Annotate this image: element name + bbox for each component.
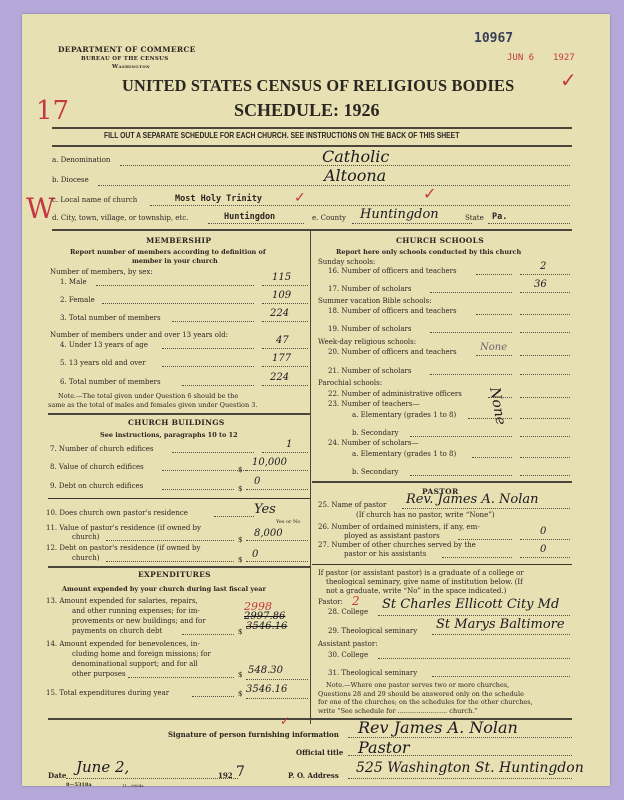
- seminary-label: 29. Theological seminary: [328, 627, 417, 635]
- county-field[interactable]: Huntingdon: [360, 207, 439, 222]
- q24a-label: a. Elementary (grades 1 to 8): [352, 450, 456, 458]
- residence-debt-label-cont: church): [72, 554, 99, 562]
- graduate-note: theological seminary, give name of insti…: [326, 578, 523, 586]
- po-address-field[interactable]: 525 Washington St. Huntingdon: [356, 760, 584, 776]
- under-13-label: 4. Under 13 years of age: [60, 341, 148, 349]
- q23-label: 23. Number of teachers—: [328, 400, 420, 408]
- dollar-sign: $: [238, 485, 242, 493]
- dollar-sign: $: [238, 556, 242, 564]
- q14-label: 14. Amount expended for benevolences, in…: [46, 640, 200, 648]
- female-count-field[interactable]: 109: [272, 290, 291, 301]
- document-title: UNITED STATES CENSUS OF RELIGIOUS BODIES: [122, 76, 514, 96]
- diocese-field[interactable]: Altoona: [324, 166, 386, 185]
- total-expenditures-field[interactable]: 3546.16: [246, 684, 287, 695]
- census-form-sheet: 10967 JUN 6 1927 ✓ DEPARTMENT OF COMMERC…: [22, 14, 610, 786]
- po-address-label: P. O. Address: [288, 771, 339, 780]
- residence-debt-field[interactable]: 0: [252, 549, 258, 560]
- q13-label: 13. Amount expended for salaries, repair…: [46, 597, 198, 605]
- assistant-college-label: 30. College: [328, 651, 368, 659]
- weekday-schools-label: Week-day religious schools:: [318, 338, 416, 346]
- pastor-note: Note.—Where one pastor serves two or mor…: [326, 681, 509, 689]
- yes-no-hint: Yes or No: [276, 519, 300, 525]
- pastor-college-field[interactable]: St Charles Ellicott City Md: [382, 597, 559, 612]
- q19-label: 19. Number of scholars: [328, 325, 411, 333]
- date-year-prefix: 192: [218, 771, 233, 780]
- total-members-by-age-field[interactable]: 224: [270, 372, 289, 383]
- edifices-count-field[interactable]: 1: [286, 439, 292, 450]
- q15-label: 15. Total expenditures during year: [46, 689, 169, 697]
- edifices-debt-label: 9. Debt on church edifices: [50, 482, 143, 490]
- expenditures-subheading: Amount expended by your church during la…: [62, 585, 266, 593]
- red-checkmark-icon: ✓: [560, 68, 577, 92]
- print-code: 8—5318a: [66, 782, 92, 788]
- red-checkmark-icon: ✓: [423, 184, 436, 203]
- q23b-label: b. Secondary: [352, 429, 398, 437]
- pastor-note: write “See schedule for ................…: [318, 707, 478, 715]
- q24b-label: b. Secondary: [352, 468, 398, 476]
- date-year-field[interactable]: 7: [236, 764, 245, 780]
- q17-field[interactable]: 36: [534, 279, 547, 290]
- q14-amount-field[interactable]: 548.30: [248, 665, 283, 676]
- state-label: State: [465, 214, 484, 222]
- membership-heading: MEMBERSHIP: [146, 236, 211, 245]
- red-checkmark-icon: ✓: [280, 714, 290, 728]
- q16-field[interactable]: 2: [540, 261, 546, 272]
- dollar-sign: $: [238, 536, 242, 544]
- other-churches-field[interactable]: 0: [540, 544, 546, 555]
- other-churches-label-cont: pastor or his assistants: [344, 550, 426, 558]
- q18-label: 18. Number of officers and teachers: [328, 307, 457, 315]
- q21-label: 21. Number of scholars: [328, 367, 411, 375]
- q13-label-cont: payments on church debt: [72, 627, 162, 635]
- membership-note: Note.—The total given under Question 6 s…: [58, 392, 238, 400]
- residence-debt-label: 12. Debt on pastor's residence (if owned…: [46, 544, 200, 552]
- q24-label: 24. Number of scholars—: [328, 439, 418, 447]
- diocese-label: b. Diocese: [52, 176, 89, 184]
- date-label: Date: [48, 771, 66, 780]
- owns-residence-field[interactable]: Yes: [254, 502, 276, 517]
- graduate-note: If pastor (or assistant pastor) is a gra…: [318, 569, 524, 577]
- q14-label-cont: denominational support; and for all: [72, 660, 198, 668]
- pastor-note: Questions 28 and 29 should be answered o…: [318, 690, 524, 698]
- residence-value-field[interactable]: 8,000: [254, 528, 283, 539]
- membership-intro: member in your church: [132, 257, 218, 265]
- q14-label-cont: other purposes: [72, 670, 126, 678]
- pastor-label: Pastor:: [318, 598, 343, 606]
- official-title-field[interactable]: Pastor: [358, 738, 410, 757]
- church-schools-heading: CHURCH SCHOOLS: [396, 236, 484, 245]
- edifices-value-label: 8. Value of church edifices: [50, 463, 144, 471]
- pastor-name-field[interactable]: Rev. James A. Nolan: [406, 492, 538, 507]
- assistant-pastor-label: Assistant pastor:: [318, 640, 378, 648]
- pastor-note: for one of the churches; on the schedule…: [318, 698, 533, 706]
- summer-schools-label: Summer vacation Bible schools:: [318, 297, 432, 305]
- state-field[interactable]: Pa.: [492, 212, 507, 222]
- vertical-none-annotation: None: [486, 386, 508, 426]
- membership-intro: Report number of members according to de…: [70, 248, 266, 256]
- by-age-label: Number of members under and over 13 year…: [50, 331, 228, 339]
- official-title-label: Official title: [296, 748, 343, 757]
- received-stamp-year: 1927: [553, 53, 575, 63]
- denomination-label: a. Denomination: [52, 156, 110, 164]
- assistant-ministers-label-cont: ployed as assistant pastors: [344, 532, 440, 540]
- fill-out-instruction: FILL OUT A SEPARATE SCHEDULE FOR EACH CH…: [104, 131, 459, 140]
- total-members-field[interactable]: 224: [270, 308, 289, 319]
- schedule-title: SCHEDULE: 1926: [234, 100, 380, 121]
- city-name: Washington: [112, 64, 150, 70]
- denomination-field[interactable]: Catholic: [322, 147, 389, 166]
- under-13-field[interactable]: 47: [276, 335, 289, 346]
- other-churches-label: 27. Number of other churches served by t…: [318, 541, 476, 549]
- form-number: 10967: [474, 31, 513, 46]
- over-13-field[interactable]: 177: [272, 353, 291, 364]
- city-field[interactable]: Huntingdon: [224, 212, 275, 222]
- dollar-sign: $: [238, 671, 242, 679]
- parochial-schools-label: Parochial schools:: [318, 379, 382, 387]
- college-label: 28. College: [328, 608, 368, 616]
- q17-label: 17. Number of scholars: [328, 285, 411, 293]
- q20-field[interactable]: None: [480, 342, 507, 353]
- edifices-count-label: 7. Number of church edifices: [50, 445, 154, 453]
- q13-label-cont: and other running expenses; for im-: [72, 607, 200, 615]
- assistant-ministers-label: 26. Number of ordained ministers, if any…: [318, 523, 480, 531]
- sunday-schools-label: Sunday schools:: [318, 258, 375, 266]
- over-13-label: 5. 13 years old and over: [60, 359, 146, 367]
- owns-residence-label: 10. Does church own pastor's residence: [46, 509, 188, 517]
- department-name: DEPARTMENT OF COMMERCE: [58, 45, 196, 54]
- q14-label-cont: cluding home and foreign missions; for: [72, 650, 211, 658]
- received-stamp-date: JUN 6: [507, 53, 534, 63]
- assistant-seminary-label: 31. Theological seminary: [328, 669, 417, 677]
- bureau-name: BUREAU OF THE CENSUS: [81, 56, 169, 62]
- local-name-field[interactable]: Most Holy Trinity: [175, 194, 262, 204]
- church-buildings-heading: CHURCH BUILDINGS: [128, 418, 225, 427]
- margin-mark-number: 17: [36, 96, 69, 126]
- city-label: d. City, town, village, or township, etc…: [52, 214, 188, 222]
- local-name-label: c. Local name of church: [52, 196, 137, 204]
- edifices-debt-field[interactable]: 0: [254, 476, 260, 487]
- q16-label: 16. Number of officers and teachers: [328, 267, 457, 275]
- q20-label: 20. Number of officers and teachers: [328, 348, 457, 356]
- q13-amount-field[interactable]: 3546.16: [246, 621, 287, 632]
- total-members-label: 3. Total number of members: [60, 314, 161, 322]
- total-members-by-age-label: 6. Total number of members: [60, 378, 161, 386]
- signature-field[interactable]: Rev James A. Nolan: [358, 718, 518, 737]
- residence-value-label-cont: church): [72, 533, 99, 541]
- assistant-ministers-field[interactable]: 0: [540, 526, 546, 537]
- date-field[interactable]: June 2,: [76, 758, 129, 776]
- dollar-sign: $: [238, 466, 242, 474]
- q22-label: 22. Number of administrative officers: [328, 390, 462, 398]
- red-checkmark-icon: ✓: [294, 190, 306, 206]
- edifices-value-field[interactable]: 10,000: [252, 457, 287, 468]
- membership-note: same as the total of males and females g…: [48, 401, 257, 409]
- print-code: 11—9064a: [122, 783, 144, 788]
- expenditures-heading: EXPENDITURES: [138, 570, 211, 579]
- margin-mark-letter: W: [26, 192, 55, 225]
- dollar-sign: $: [238, 628, 242, 636]
- female-label: 2. Female: [60, 296, 95, 304]
- q23a-label: a. Elementary (grades 1 to 8): [352, 411, 456, 419]
- male-count-field[interactable]: 115: [272, 272, 291, 283]
- by-sex-label: Number of members, by sex:: [50, 268, 153, 276]
- male-label: 1. Male: [60, 278, 87, 286]
- dollar-sign: $: [238, 690, 242, 698]
- q13-label-cont: provements or new buildings; and for: [72, 617, 206, 625]
- pastor-seminary-field[interactable]: St Marys Baltimore: [436, 617, 565, 632]
- church-schools-intro: Report here only schools conducted by th…: [336, 248, 521, 256]
- pastor-name-label: 25. Name of pastor: [318, 501, 386, 509]
- church-buildings-subheading: See instructions, paragraphs 10 to 12: [100, 431, 238, 439]
- residence-value-label: 11. Value of pastor's residence (if owne…: [46, 524, 201, 532]
- pastor-name-hint: (If church has no pastor, write “None”): [356, 511, 495, 519]
- county-label: e. County: [312, 214, 346, 222]
- pastor-red-mark: 2: [352, 594, 360, 608]
- signature-label: Signature of person furnishing informati…: [168, 730, 339, 739]
